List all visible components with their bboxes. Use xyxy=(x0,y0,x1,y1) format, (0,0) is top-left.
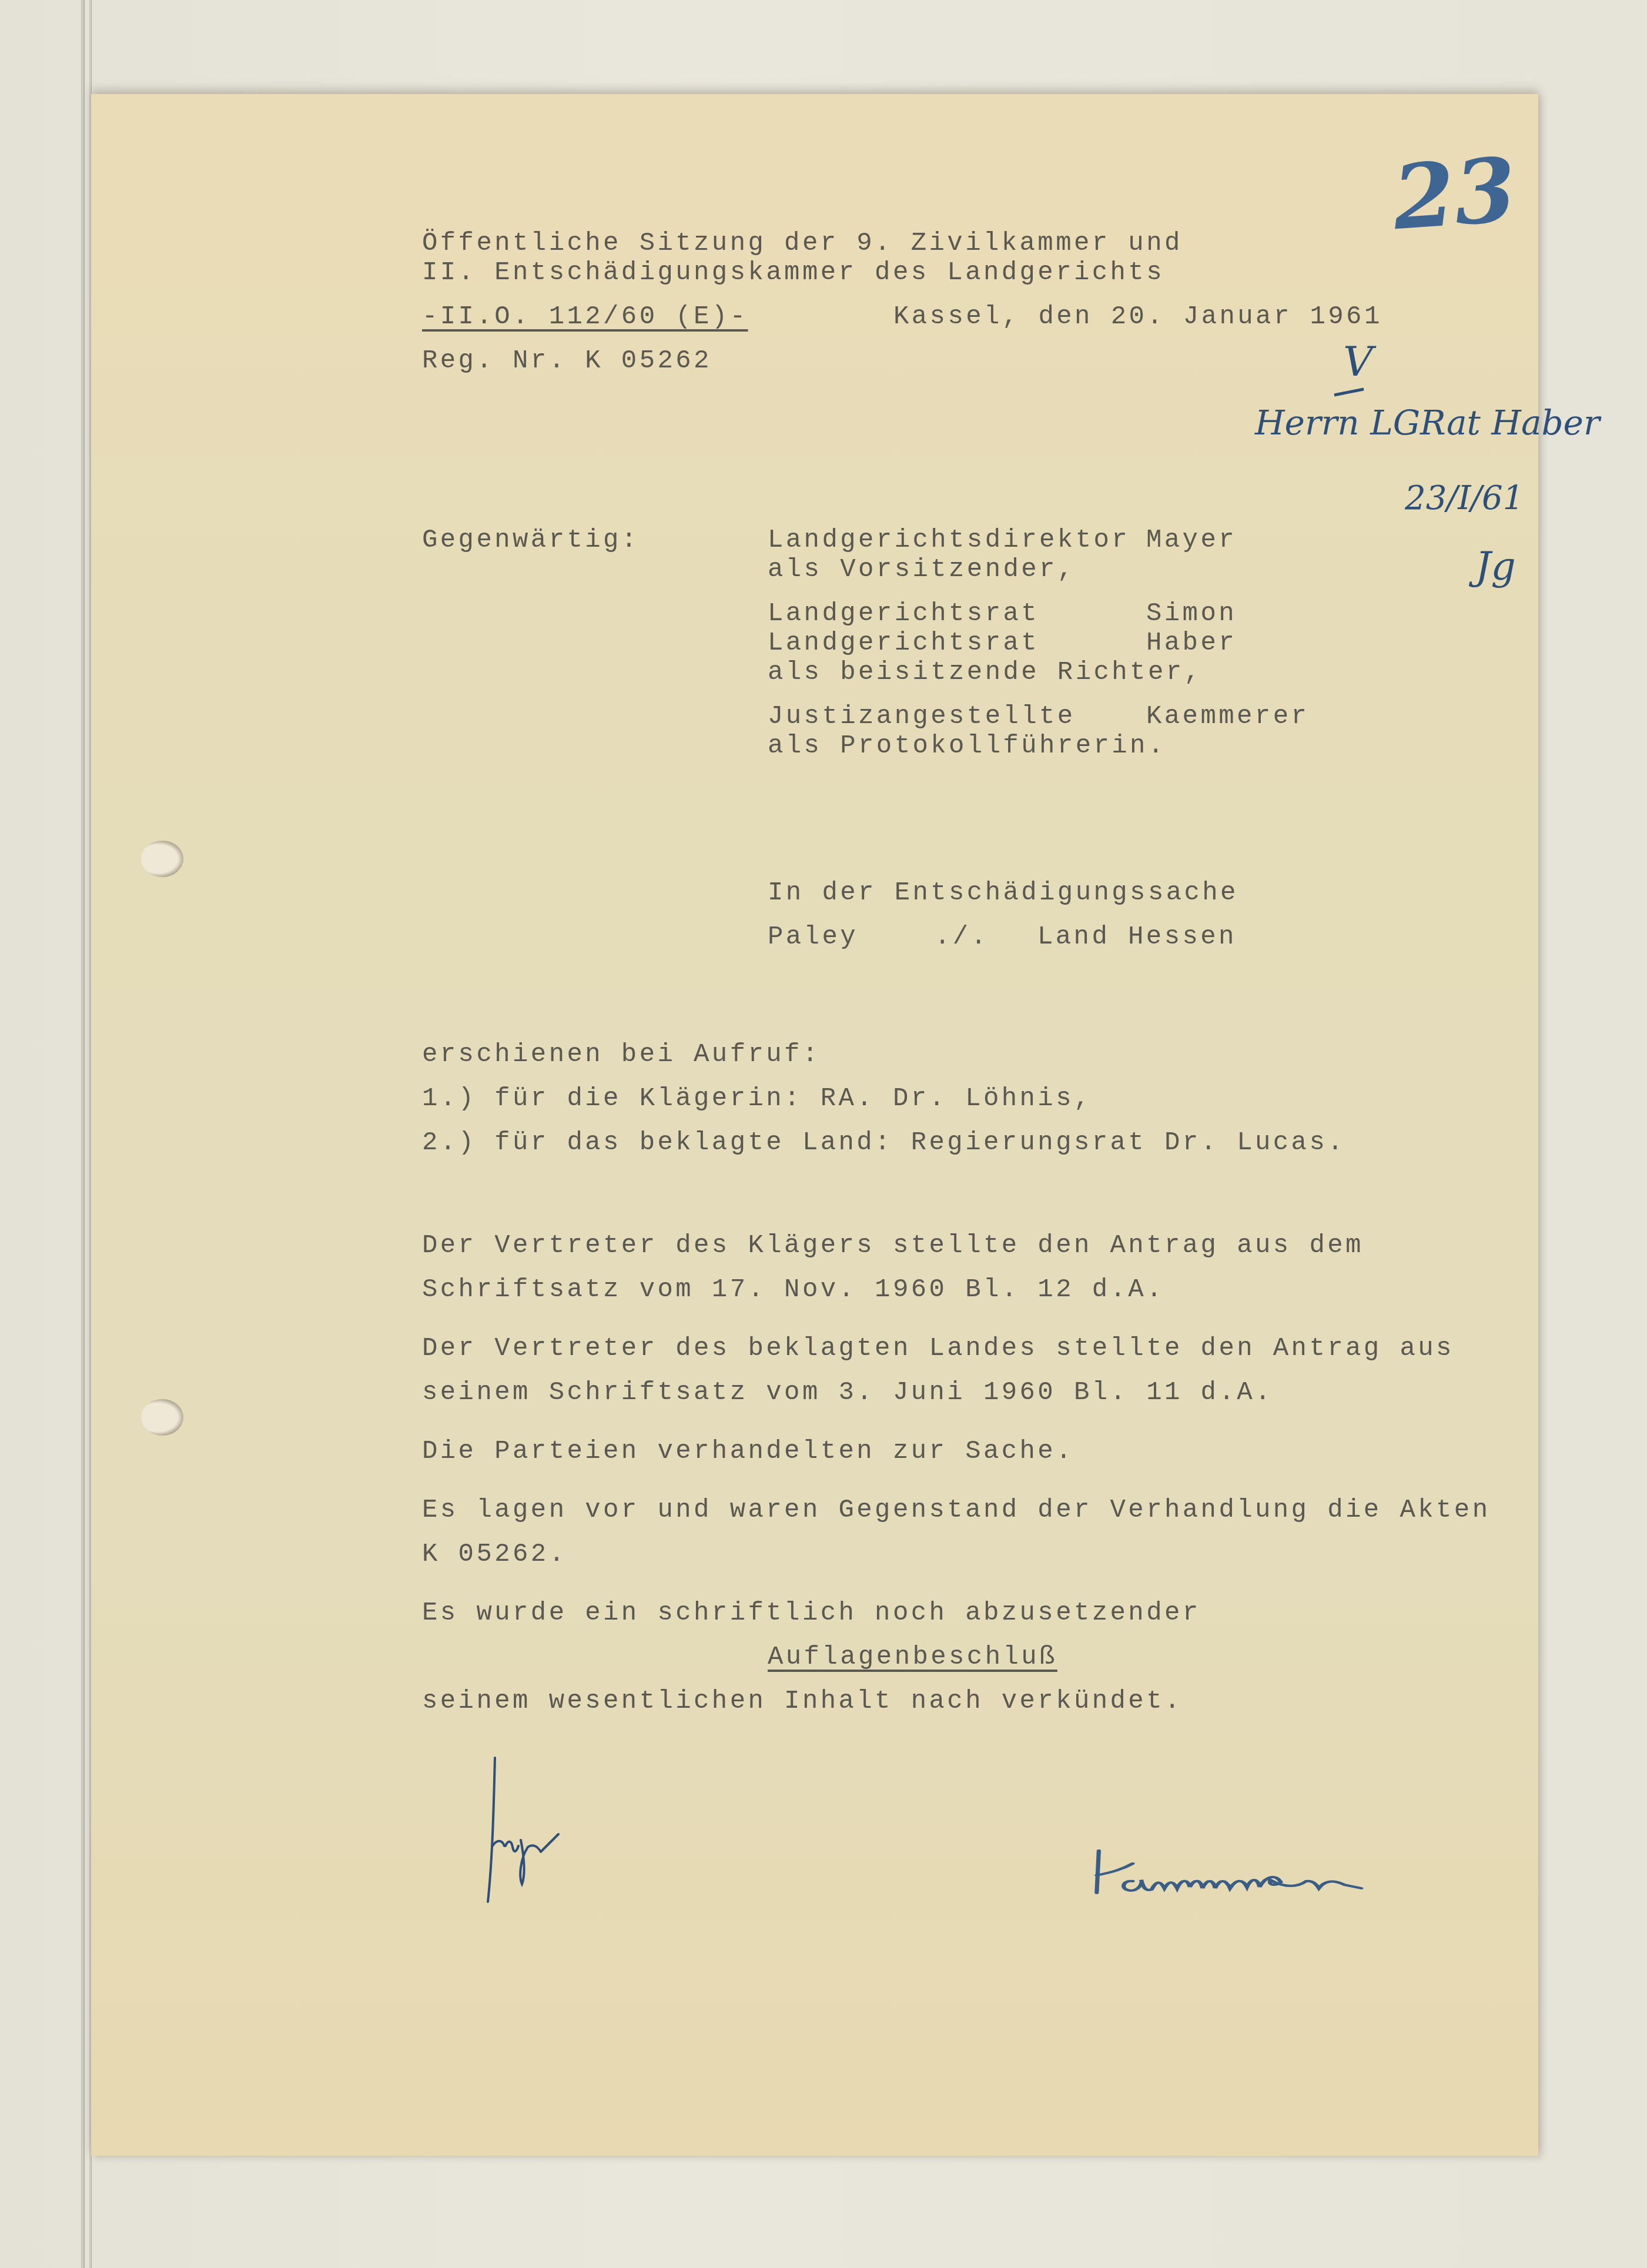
paragraph-5-line-2: seinem wesentlichen Inhalt nach verkünde… xyxy=(422,1688,1183,1714)
folio-number: 23 xyxy=(1390,146,1519,242)
member-role-2: Landgerichtsrat xyxy=(768,601,1039,627)
case-intro: In der Entschädigungssache xyxy=(768,880,1238,906)
check-underline xyxy=(1334,388,1370,400)
paragraph-4-line-2: K 05262. xyxy=(422,1541,567,1567)
appearance-item-1: 1.) für die Klägerin: RA. Dr. Löhnis, xyxy=(422,1086,1092,1112)
member-name-4: Kaemmerer xyxy=(1146,704,1309,730)
member-role-1: Landgerichtsdirektor xyxy=(768,527,1130,553)
member-function-4: als Protokollführerin. xyxy=(768,733,1166,759)
appearances-intro: erschienen bei Aufruf: xyxy=(422,1042,821,1068)
paragraph-1-line-2: Schriftsatz vom 17. Nov. 1960 Bl. 12 d.A… xyxy=(422,1277,1164,1303)
paragraph-2-line-2: seinem Schriftsatz vom 3. Juni 1960 Bl. … xyxy=(422,1380,1273,1406)
punch-hole-upper xyxy=(141,841,183,877)
punch-hole-lower xyxy=(141,1399,183,1436)
member-name-1: Mayer xyxy=(1146,527,1237,553)
member-name-2: Simon xyxy=(1146,601,1237,627)
paragraph-2-line-1: Der Vertreter des beklagten Landes stell… xyxy=(422,1336,1454,1362)
header-line-2: II. Entschädigungskammer des Landgericht… xyxy=(422,260,1164,286)
paragraph-1-line-1: Der Vertreter des Klägers stellte den An… xyxy=(422,1233,1364,1259)
member-function-3: als beisitzende Richter, xyxy=(768,660,1202,685)
paragraph-4-line-1: Es lagen vor und waren Gegenstand der Ve… xyxy=(422,1497,1490,1523)
register-number: Reg. Nr. K 05262 xyxy=(422,348,712,374)
paragraph-5-line-1: Es wurde ein schriftlich noch abzusetzen… xyxy=(422,1600,1201,1626)
check-mark: V xyxy=(1343,341,1373,382)
note-date: 23/I/61 xyxy=(1405,482,1524,515)
member-name-3: Haber xyxy=(1146,630,1237,656)
initials: Jg xyxy=(1475,547,1516,586)
present-label: Gegenwärtig: xyxy=(422,527,640,553)
member-role-3: Landgerichtsrat xyxy=(768,630,1039,656)
decision-title: Auflagenbeschluß xyxy=(768,1644,1057,1670)
header-line-1: Öffentliche Sitzung der 9. Zivilkammer u… xyxy=(422,230,1183,256)
case-versus: ./. xyxy=(935,924,989,950)
case-defendant: Land Hessen xyxy=(1037,924,1237,950)
member-role-4: Justizangestellte xyxy=(768,704,1076,730)
binder-edge xyxy=(81,0,85,2268)
place-date: Kassel, den 20. Januar 1961 xyxy=(893,304,1382,330)
signature-clerk xyxy=(1090,1846,1396,1905)
appearance-item-2: 2.) für das beklagte Land: Regierungsrat… xyxy=(422,1130,1345,1156)
signature-presiding-judge xyxy=(482,1758,623,1905)
routing-note: Herrn LGRat Haber xyxy=(1255,406,1600,440)
case-plaintiff: Paley xyxy=(768,924,858,950)
member-function-1: als Vorsitzender, xyxy=(768,557,1076,583)
file-number: -II.O. 112/60 (E)- xyxy=(422,304,748,330)
paragraph-3: Die Parteien verhandelten zur Sache. xyxy=(422,1439,1074,1464)
